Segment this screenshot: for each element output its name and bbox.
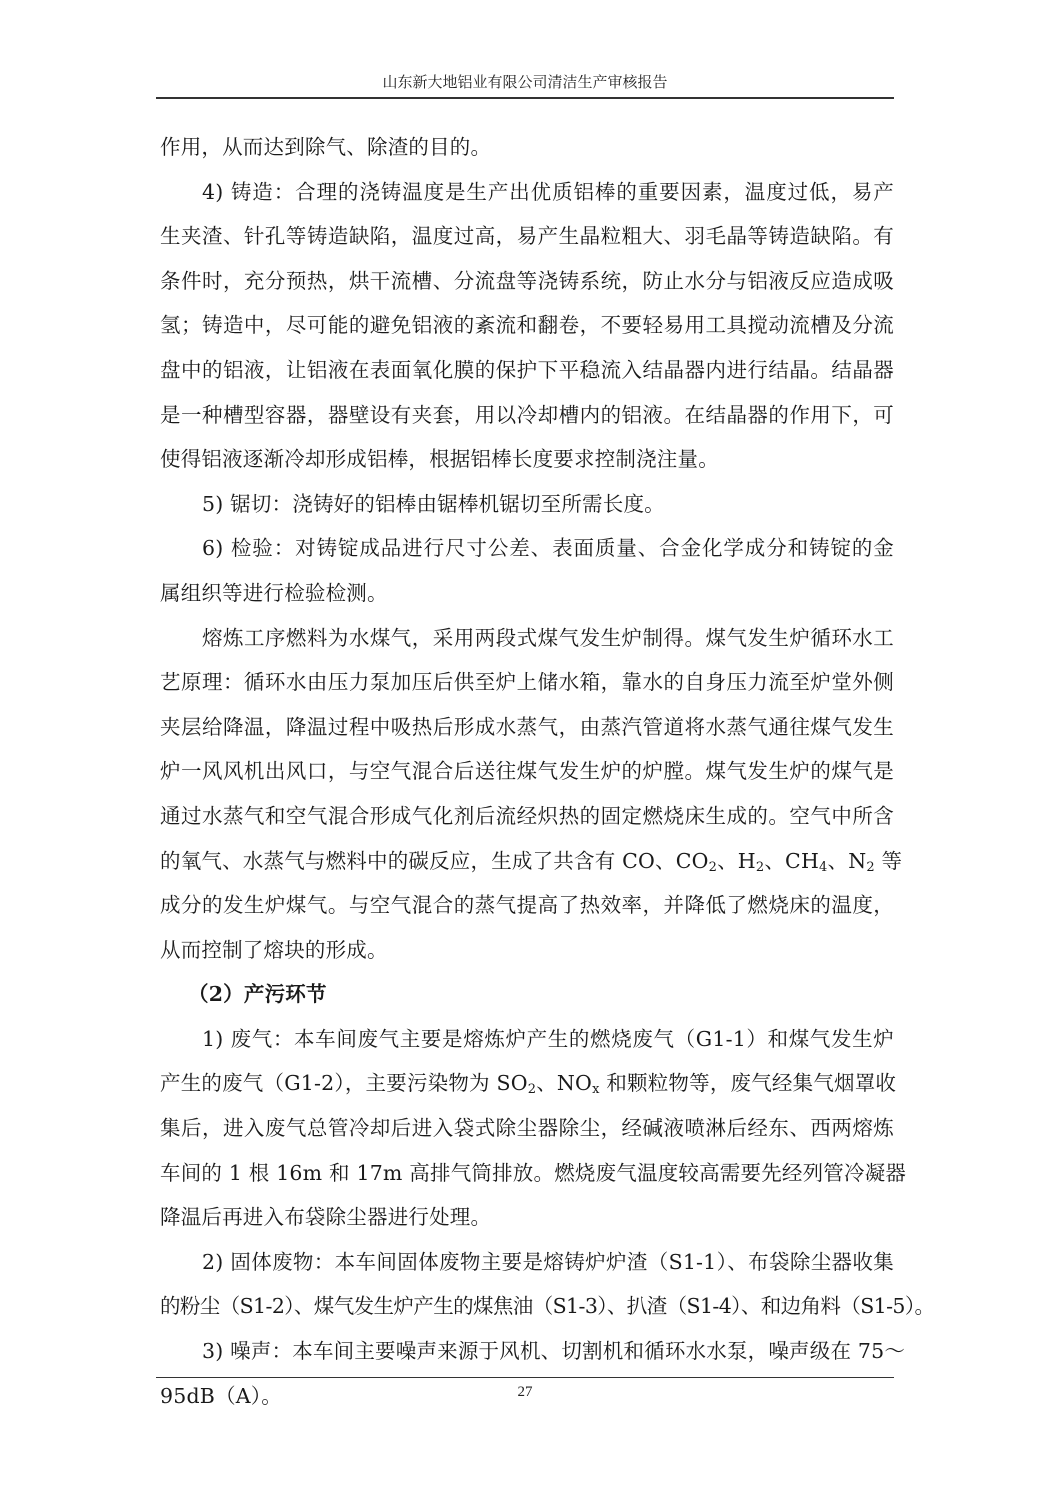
paragraph-inspection: 6) 检验：对铸锭成品进行尺寸公差、表面质量、合金化学成分和铸锭的金 bbox=[160, 526, 894, 571]
text-line: 成分的发生炉煤气。与空气混合的蒸气提高了热效率，并降低了燃烧床的温度， bbox=[160, 883, 894, 928]
footer-divider bbox=[156, 1377, 894, 1378]
text-line: 使得铝液逐渐冷却形成铝棒，根据铝棒长度要求控制浇注量。 bbox=[160, 437, 894, 482]
paragraph-casting: 4) 铸造：合理的浇铸温度是生产出优质铝棒的重要因素，温度过低，易产 bbox=[160, 170, 894, 215]
page-header: 山东新大地铝业有限公司清洁生产审核报告 bbox=[156, 72, 894, 98]
text-span: 等 bbox=[875, 849, 902, 873]
subscript: 2 bbox=[528, 1082, 536, 1097]
text-line: 属组织等进行检验检测。 bbox=[160, 571, 894, 616]
text-line: 氢；铸造中，尽可能的避免铝液的紊流和翻卷，不要轻易用工具搅动流槽及分流 bbox=[160, 303, 894, 348]
text-line: 生夹渣、针孔等铸造缺陷，温度过高，易产生晶粒粗大、羽毛晶等铸造缺陷。有 bbox=[160, 214, 894, 259]
text-span: 、N bbox=[828, 849, 867, 873]
text-span: 和颗粒物等，废气经集气烟罩收 bbox=[600, 1071, 897, 1095]
subscript: 2 bbox=[709, 860, 717, 875]
text-span: 、CH bbox=[764, 849, 819, 873]
text-span: 的氧气、水蒸气与燃料中的碳反应，生成了共含有 CO、CO bbox=[160, 849, 709, 873]
paragraph-solid-waste: 2) 固体废物：本车间固体废物主要是熔铸炉炉渣（S1-1）、布袋除尘器收集 bbox=[160, 1240, 894, 1285]
subscript: x bbox=[592, 1082, 600, 1097]
text-line: 作用，从而达到除气、除渣的目的。 bbox=[160, 125, 894, 170]
text-line: 集后，进入废气总管冷却后进入袋式除尘器除尘，经碱液喷淋后经东、西两熔炼 bbox=[160, 1106, 894, 1151]
page-number: 27 bbox=[156, 1384, 894, 1401]
text-line: 条件时，充分预热，烘干流槽、分流盘等浇铸系统，防止水分与铝液反应造成吸 bbox=[160, 259, 894, 304]
section-heading-pollution: （2）产污环节 bbox=[160, 972, 894, 1017]
text-line: 的粉尘（S1-2）、煤气发生炉产生的煤焦油（S1-3）、扒渣（S1-4）、和边角… bbox=[160, 1284, 894, 1329]
header-divider bbox=[156, 97, 894, 99]
text-line: 车间的 1 根 16m 和 17m 高排气筒排放。燃烧废气温度较高需要先经列管冷… bbox=[160, 1151, 894, 1196]
paragraph-noise: 3) 噪声：本车间主要噪声来源于风机、切割机和循环水水泵，噪声级在 75～ bbox=[160, 1329, 894, 1374]
text-span: 产生的废气（G1-2），主要污染物为 SO bbox=[160, 1071, 528, 1095]
document-body: 作用，从而达到除气、除渣的目的。 4) 铸造：合理的浇铸温度是生产出优质铝棒的重… bbox=[160, 125, 894, 1418]
text-line-pollutants: 产生的废气（G1-2），主要污染物为 SO2、NOx 和颗粒物等，废气经集气烟罩… bbox=[160, 1061, 894, 1106]
text-span: 、H bbox=[717, 849, 756, 873]
text-line: 盘中的铝液，让铝液在表面氧化膜的保护下平稳流入结晶器内进行结晶。结晶器 bbox=[160, 348, 894, 393]
report-title: 山东新大地铝业有限公司清洁生产审核报告 bbox=[382, 73, 667, 91]
text-line: 降温后再进入布袋除尘器进行处理。 bbox=[160, 1195, 894, 1240]
text-line: 炉一风风机出风口，与空气混合后送往煤气发生炉的炉膛。煤气发生炉的煤气是 bbox=[160, 749, 894, 794]
text-line: 是一种槽型容器，器壁设有夹套，用以冷却槽内的铝液。在结晶器的作用下，可 bbox=[160, 393, 894, 438]
paragraph-sawing: 5) 锯切：浇铸好的铝棒由锯棒机锯切至所需长度。 bbox=[160, 482, 894, 527]
text-line: 艺原理：循环水由压力泵加压后供至炉上储水箱，靠水的自身压力流至炉堂外侧 bbox=[160, 660, 894, 705]
text-line: 夹层给降温，降温过程中吸热后形成水蒸气，由蒸汽管道将水蒸气通往煤气发生 bbox=[160, 705, 894, 750]
subscript: 4 bbox=[819, 860, 827, 875]
paragraph-gas-generator: 熔炼工序燃料为水煤气，采用两段式煤气发生炉制得。煤气发生炉循环水工 bbox=[160, 616, 894, 661]
subscript: 2 bbox=[866, 860, 874, 875]
paragraph-waste-gas: 1) 废气：本车间废气主要是熔炼炉产生的燃烧废气（G1-1）和煤气发生炉 bbox=[160, 1017, 894, 1062]
text-line-gas-composition: 的氧气、水蒸气与燃料中的碳反应，生成了共含有 CO、CO2、H2、CH4、N2 … bbox=[160, 839, 894, 884]
text-span: 、NO bbox=[536, 1071, 592, 1095]
text-line: 通过水蒸气和空气混合形成气化剂后流经炽热的固定燃烧床生成的。空气中所含 bbox=[160, 794, 894, 839]
text-line: 从而控制了熔块的形成。 bbox=[160, 928, 894, 973]
